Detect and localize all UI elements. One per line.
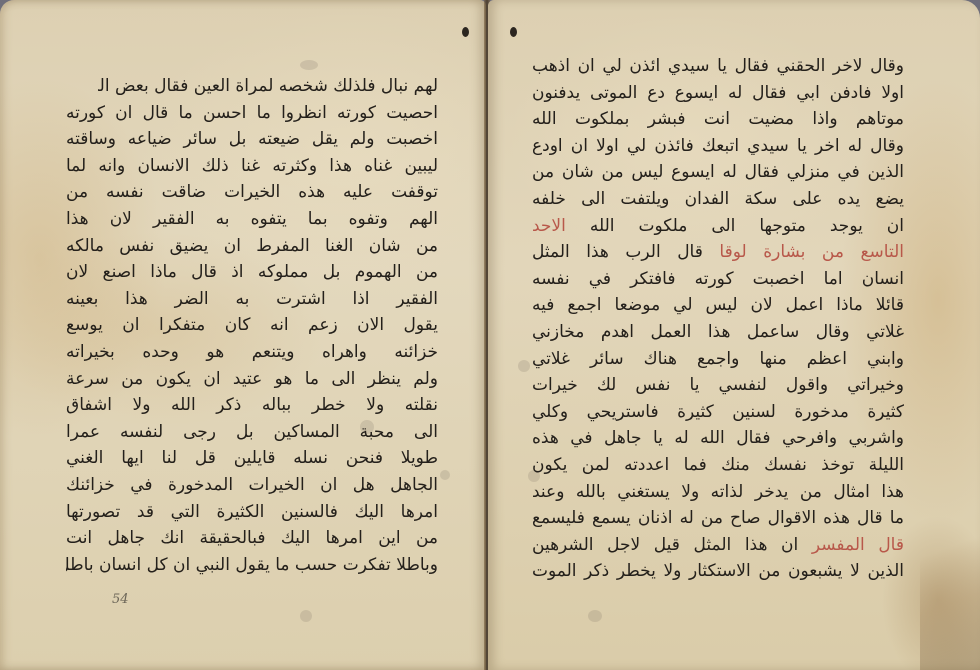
- text-line: نقلته ولا خطر بباله ذكر الله ولا اشفاق: [66, 392, 438, 419]
- ink-stain: [518, 360, 530, 372]
- text-line: ان يوجد متوجها الى ملكوت الله الاحد: [532, 213, 904, 240]
- text-line: الهم وتفوه بما يتفوه به الفقير لان هذا: [66, 206, 438, 233]
- rubric-text: الاحد: [532, 216, 566, 236]
- manuscript-spread: لهم نبال فلذلك شخصه لمراة العين فقال بعض…: [0, 0, 980, 670]
- ink-stain: [588, 610, 602, 622]
- text-line: وباطلا تفكرت حسب ما يقول النبي ان كل انس…: [66, 552, 438, 579]
- wormhole: [462, 27, 469, 37]
- text-line: توقفت عليه هذه الخيرات ضاقت نفسه من: [66, 179, 438, 206]
- text-line: يقول الان زعم انه كان متفكرا ان يوسع: [66, 312, 438, 339]
- text-line: امرها اليك فالسنين الكثيرة التي قد تصورت…: [66, 499, 438, 526]
- text-line: الذين في منزلي فقال له ايسوع ليس من شان …: [532, 159, 904, 186]
- text-line: كثيرة مدخورة لسنين كثيرة فاستريحي وكلي: [532, 399, 904, 426]
- ink-stain: [300, 610, 312, 622]
- wormhole: [510, 27, 517, 37]
- text-line: ليبين غناه هذا وكثرته غنا ذلك الانسان وا…: [66, 153, 438, 180]
- text-line: قال المفسر ان هذا المثل قيل لاجل الشرهين: [532, 532, 904, 559]
- rubric-text: قال المفسر: [812, 535, 904, 555]
- text-line: التاسع من بشارة لوقا قال الرب هذا المثل: [532, 239, 904, 266]
- text-line: موتاهم واذا مضيت انت فبشر بملكوت الله: [532, 106, 904, 133]
- text-line: الليلة توخذ نفسك منك فما اعددته لمن يكون: [532, 452, 904, 479]
- ink-stain: [300, 60, 318, 70]
- text-line: هذا امثال من يدخر لذاته ولا يستغني بالله…: [532, 479, 904, 506]
- text-line: غلاتي وقال ساعمل هذا العمل اهدم مخازني: [532, 319, 904, 346]
- left-page: لهم نبال فلذلك شخصه لمراة العين فقال بعض…: [0, 0, 486, 670]
- text-line: الى محبة المساكين بل رجى لنفسه عمرا: [66, 419, 438, 446]
- text-line: من شان الغنا المفرط ان يضيق نفس مالكه: [66, 233, 438, 260]
- text-line: يضع يده على سكة الفدان ويلتفت الى خلفه: [532, 186, 904, 213]
- right-page: وقال لاخر الحقني فقال يا سيدي ائذن لي ان…: [488, 0, 980, 670]
- text-line: الجاهل هل ان الخيرات المدخورة في خزائنك: [66, 472, 438, 499]
- text-line: وقال له اخر يا سيدي اتبعك فائذن لي اولا …: [532, 133, 904, 160]
- text-line: طويلا فنحن نسله قايلين قل لنا ايها الغني: [66, 445, 438, 472]
- text-line: خزائنه واهراه ويتنعم هو وحده بخيراته: [66, 339, 438, 366]
- text-line: لهم نبال فلذلك شخصه لمراة العين فقال بعض…: [98, 73, 438, 100]
- text-line: الفقير اذا اشترت به الضر هذا بعينه: [66, 286, 438, 313]
- corner-damage: [920, 500, 980, 670]
- text-line: اولا فادفن ابي فقال له ايسوع دع الموتى ي…: [532, 80, 904, 107]
- rubric-text: التاسع من بشارة لوقا: [719, 242, 904, 262]
- text-line: وقال لاخر الحقني فقال يا سيدي ائذن لي ان…: [532, 53, 904, 80]
- text-line: ما قال هذه الاقوال صاح من له اذنان يسمع …: [532, 505, 904, 532]
- text-line: قائلا ماذا اعمل لان ليس لي موضعا اجمع في…: [532, 292, 904, 319]
- text-line: احصيت كورته انظروا ما احسن ما قال ان كور…: [66, 100, 438, 127]
- text-line: الذين لا يشبعون من الاستكثار ولا يخطر ذك…: [532, 558, 904, 585]
- text-line: انسان اما اخصبت كورته فافتكر في نفسه: [532, 266, 904, 293]
- text-line: وابني اعظم منها واجمع هناك سائر غلاتي: [532, 346, 904, 373]
- text-line: ولم ينظر الى ما هو عتيد ان يكون من سرعة: [66, 366, 438, 393]
- text-line: من الهموم بل مملوكه اذ قال ماذا اصنع لان: [66, 259, 438, 286]
- text-line: اخصبت ولم يقل ضيعته بل سائر ضياعه وساقته: [66, 126, 438, 153]
- left-page-text: لهم نبال فلذلك شخصه لمراة العين فقال بعض…: [66, 73, 438, 578]
- folio-number: 54: [112, 592, 129, 607]
- text-line: واشربي وافرحي فقال الله له يا جاهل في هذ…: [532, 425, 904, 452]
- right-page-text: وقال لاخر الحقني فقال يا سيدي ائذن لي ان…: [532, 53, 904, 585]
- text-line: من اين امرها اليك فبالحقيقة انك جاهل انت: [66, 525, 438, 552]
- ink-stain: [440, 470, 450, 480]
- text-line: وخيراتي واقول لنفسي يا نفس لك خيرات: [532, 372, 904, 399]
